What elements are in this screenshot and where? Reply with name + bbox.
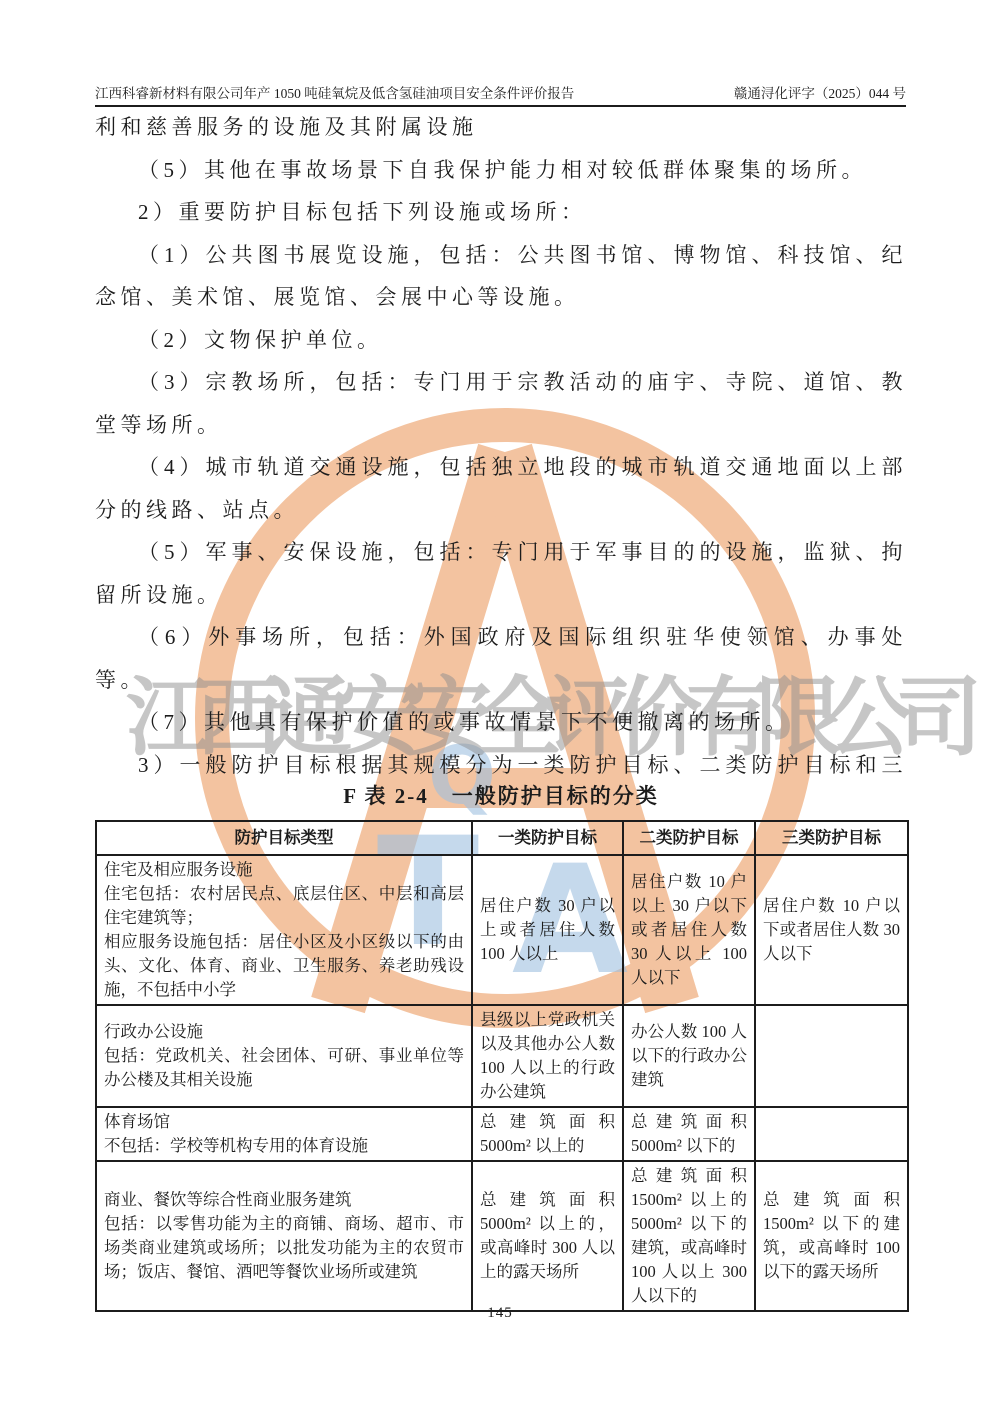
- body-paragraph: （3）宗教场所，包括：专门用于宗教活动的庙宇、寺院、道馆、教堂等场所。: [95, 361, 907, 446]
- body-paragraph: （4）城市轨道交通设施，包括独立地段的城市轨道交通地面以上部分的线路、站点。: [95, 446, 907, 531]
- header-document-number: 赣通浔化评字（2025）044 号: [734, 82, 906, 102]
- table-header-row: 防护目标类型 一类防护目标 二类防护目标 三类防护目标: [96, 821, 908, 855]
- body-paragraph: （6）外事场所，包括：外国政府及国际组织驻华使领馆、办事处等。: [95, 616, 907, 701]
- body-paragraph: 利和慈善服务的设施及其附属设施: [95, 106, 907, 149]
- table-title: F 表 2-4 一般防护目标的分类: [95, 780, 907, 810]
- table-cell: 居住户数 10 户以下或者居住人数 30 人以下: [755, 855, 908, 1005]
- body-paragraph: 3）一般防护目标根据其规模分为一类防护目标、二类防护目标和三类防护目标。一般防护…: [95, 744, 907, 781]
- table-header-cell: 二类防护目标: [623, 821, 755, 855]
- table-row: 行政办公设施 包括：党政机关、社会团体、可研、事业单位等办公楼及其相关设施 县级…: [96, 1005, 908, 1107]
- classification-table: 防护目标类型 一类防护目标 二类防护目标 三类防护目标 住宅及相应服务设施 住宅…: [95, 820, 909, 1312]
- body-paragraph: 2）重要防护目标包括下列设施或场所：: [95, 191, 907, 234]
- page-header: 江西科睿新材料有限公司年产 1050 吨硅氧烷及低含氢硅油项目安全条件评价报告 …: [95, 82, 906, 107]
- table-row: 商业、餐饮等综合性商业服务建筑 包括：以零售功能为主的商铺、商场、超市、市场类商…: [96, 1161, 908, 1311]
- table-cell: 总建筑面积 5000m² 以上的，或高峰时 300 人以上的露天场所: [472, 1161, 623, 1311]
- body-paragraph: （2）文物保护单位。: [95, 319, 907, 362]
- table-cell: 行政办公设施 包括：党政机关、社会团体、可研、事业单位等办公楼及其相关设施: [96, 1005, 472, 1107]
- table-cell: 总建筑面积 5000m² 以上的: [472, 1107, 623, 1161]
- table-cell: 体育场馆 不包括：学校等机构专用的体育设施: [96, 1107, 472, 1161]
- table-cell: 总建筑面积 1500m² 以上的 5000m² 以下的建筑，或高峰时 100 人…: [623, 1161, 755, 1311]
- table-cell: 住宅及相应服务设施 住宅包括：农村居民点、底层住区、中层和高层住宅建筑等； 相应…: [96, 855, 472, 1005]
- table-cell: 总建筑面积 5000m² 以下的: [623, 1107, 755, 1161]
- table-cell: 商业、餐饮等综合性商业服务建筑 包括：以零售功能为主的商铺、商场、超市、市场类商…: [96, 1161, 472, 1311]
- table-cell: 县级以上党政机关以及其他办公人数 100 人以上的行政办公建筑: [472, 1005, 623, 1107]
- table-cell: 居住户数 30 户以上或者居住人数 100 人以上: [472, 855, 623, 1005]
- table-cell: 居住户数 10 户以上 30 户以下或者居住人数 30 人以上 100 人以下: [623, 855, 755, 1005]
- page-number: 145: [0, 1305, 1000, 1322]
- table-row: 住宅及相应服务设施 住宅包括：农村居民点、底层住区、中层和高层住宅建筑等； 相应…: [96, 855, 908, 1005]
- table-cell: [755, 1005, 908, 1107]
- table-row: 体育场馆 不包括：学校等机构专用的体育设施 总建筑面积 5000m² 以上的 总…: [96, 1107, 908, 1161]
- table-header-cell: 一类防护目标: [472, 821, 623, 855]
- table-cell: 总建筑面积 1500m² 以下的建筑，或高峰时 100 以下的露天场所: [755, 1161, 908, 1311]
- body-paragraph: （5）军事、安保设施，包括：专门用于军事目的的设施，监狱、拘留所设施。: [95, 531, 907, 616]
- table-cell: [755, 1107, 908, 1161]
- table-cell: 办公人数 100 人以下的行政办公建筑: [623, 1005, 755, 1107]
- body-paragraph: （5）其他在事故场景下自我保护能力相对较低群体聚集的场所。: [95, 149, 907, 192]
- header-report-title: 江西科睿新材料有限公司年产 1050 吨硅氧烷及低含氢硅油项目安全条件评价报告: [95, 82, 574, 102]
- body-text-block: 利和慈善服务的设施及其附属设施 （5）其他在事故场景下自我保护能力相对较低群体聚…: [95, 106, 907, 780]
- document-page: Q T A 江西通安安全评价有限公司 江西科睿新材料有限公司年产 1050 吨硅…: [0, 0, 1000, 1414]
- body-paragraph: （7）其他具有保护价值的或事故情景下不便撤离的场所。: [95, 701, 907, 744]
- page-content: 江西科睿新材料有限公司年产 1050 吨硅氧烷及低含氢硅油项目安全条件评价报告 …: [0, 0, 1000, 1414]
- table-header-cell: 防护目标类型: [96, 821, 472, 855]
- body-paragraph: （1）公共图书展览设施，包括：公共图书馆、博物馆、科技馆、纪念馆、美术馆、展览馆…: [95, 234, 907, 319]
- table-header-cell: 三类防护目标: [755, 821, 908, 855]
